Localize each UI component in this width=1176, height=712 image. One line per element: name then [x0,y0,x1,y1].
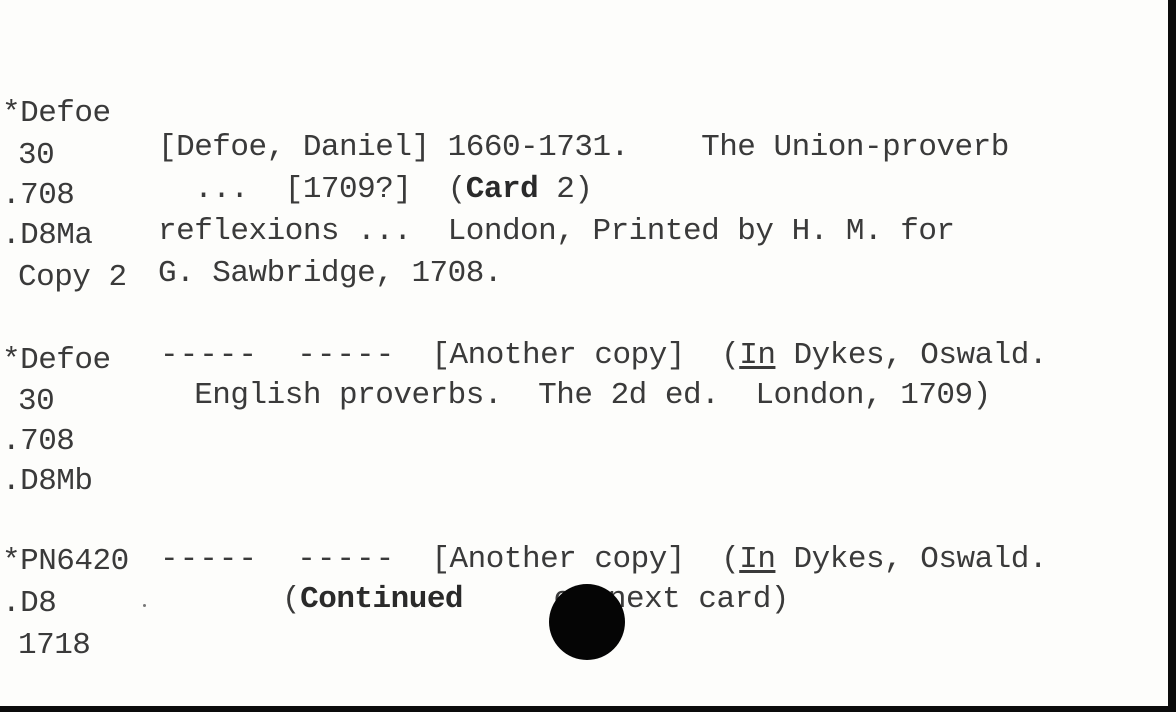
entry-2-line-2: English proverbs. The 2d ed. London, 170… [158,380,991,411]
call-number-3-line-3: 1718 [18,630,90,661]
author-title-dashes: ----- ----- [160,542,395,577]
call-number-2-line-3: .708 [2,426,74,457]
next-card-text: on next card) [463,582,789,617]
call-number-1-line-2: 30 [18,140,54,171]
call-number-1-line-1: *Defoe [2,98,111,129]
dykes-text: Dykes, Oswald. [775,542,1047,577]
call-number-1-line-5: Copy 2 [18,262,127,293]
card-number: 2) [538,172,592,207]
ink-speck [143,604,146,607]
paren-open: ( [282,582,300,617]
call-number-2-line-4: .D8Mb [2,466,93,497]
in-word: In [739,542,775,577]
another-copy-text: [Another copy] ( [395,338,739,373]
call-number-1-line-4: .D8Ma [2,220,93,251]
dykes-text: Dykes, Oswald. [775,338,1047,373]
punch-hole [549,584,625,660]
entry-1-line-4: G. Sawbridge, 1708. [158,258,502,289]
in-word: In [739,338,775,373]
entry-1-line-2: ... [1709?] (Card 2) [158,174,593,205]
card-label: Card [466,172,538,207]
author-title-dashes: ----- ----- [160,338,395,373]
call-number-3-line-2: .D8 [2,588,56,619]
call-number-3-line-1: *PN6420 [2,546,129,577]
another-copy-text: [Another copy] ( [395,542,739,577]
continued-word: Continued [300,582,463,617]
entry-3-line-1: ----- ----- [Another copy] (In Dykes, Os… [160,544,1047,575]
entry-2-line-1: ----- ----- [Another copy] (In Dykes, Os… [160,340,1047,371]
call-number-2-line-1: *Defoe [2,345,111,376]
entry-1-line-2-text: ... [1709?] ( [158,172,466,207]
entry-1-line-1: [Defoe, Daniel] 1660-1731. The Union-pro… [158,132,1009,163]
catalog-card: *Defoe 30 .708 .D8Ma Copy 2 [Defoe, Dani… [0,0,1168,706]
call-number-1-line-3: .708 [2,180,74,211]
entry-3-line-2: (Continued on next card) [282,584,789,615]
entry-1-line-3: reflexions ... London, Printed by H. M. … [158,216,955,247]
call-number-2-line-2: 30 [18,386,54,417]
